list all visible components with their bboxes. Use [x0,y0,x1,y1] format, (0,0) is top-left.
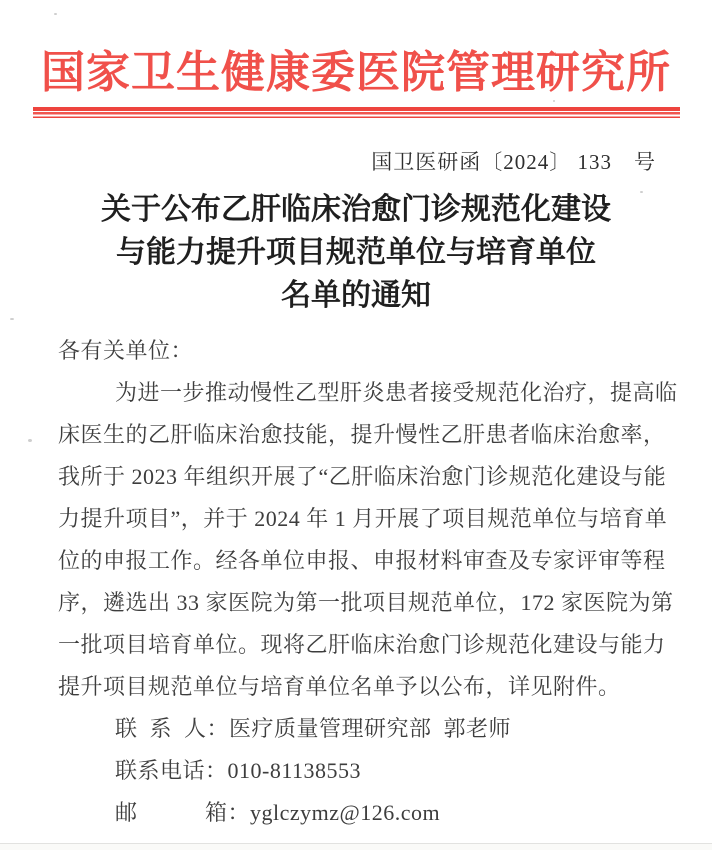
notice-title-line-2: 与能力提升项目规范单位与培育单位 [0,231,712,274]
contact-phone-label: 联系电话： [115,758,228,783]
notice-title-line-3: 名单的通知 [0,274,712,317]
contact-email-row: 邮 箱：yglczymz@126.com [58,792,660,834]
body-line: 床医生的乙肝临床治愈技能，提升慢性乙肝患者临床治愈率， [58,414,660,456]
scan-speck [10,318,14,320]
contact-phone-value: 010-81138553 [228,758,362,783]
scanned-notice-page: 国家卫生健康委医院管理研究所 国卫医研函〔2024〕 133 号 关于公布乙肝临… [0,0,712,850]
body-line: 序，遴选出 33 家医院为第一批项目规范单位，172 家医院为第 [58,582,660,624]
scan-speck [553,100,555,102]
notice-title-line-1: 关于公布乙肝临床治愈门诊规范化建设 [0,188,712,231]
doc-reference-number: 国卫医研函〔2024〕 133 号 [371,146,656,176]
contact-email-label: 邮 箱： [115,800,250,825]
body-line: 提升项目规范单位与培育单位名单予以公布，详见附件。 [58,666,660,708]
contact-phone-row: 联系电话：010-81138553 [58,750,660,792]
letterhead-org-name: 国家卫生健康委医院管理研究所 [0,36,712,100]
body-line: 一批项目培育单位。现将乙肝临床治愈门诊规范化建设与能力 [58,624,660,666]
contact-person-row: 联 系 人：医疗质量管理研究部 郭老师 [58,708,660,750]
contact-email-value: yglczymz@126.com [250,800,440,825]
scan-speck [640,191,643,193]
body-line: 我所于 2023 年组织开展了“乙肝临床治愈门诊规范化建设与能 [58,456,660,498]
scan-speck [28,439,32,442]
body-line: 为进一步推动慢性乙型肝炎患者接受规范化治疗，提高临 [58,372,660,414]
salutation: 各有关单位： [58,330,660,372]
notice-body: 各有关单位： 为进一步推动慢性乙型肝炎患者接受规范化治疗，提高临 床医生的乙肝临… [58,330,660,834]
body-line: 位的申报工作。经各单位申报、申报材料审查及专家评审等程 [58,540,660,582]
contact-person-label: 联 系 人： [115,716,229,741]
notice-title: 关于公布乙肝临床治愈门诊规范化建设 与能力提升项目规范单位与培育单位 名单的通知 [0,188,712,317]
letterhead-double-rule [33,107,680,118]
contact-person-value: 医疗质量管理研究部 郭老师 [229,716,511,741]
body-line: 力提升项目”，并于 2024 年 1 月开展了项目规范单位与培育单 [58,498,660,540]
scan-speck [54,13,57,15]
scan-background-strip [0,844,712,850]
